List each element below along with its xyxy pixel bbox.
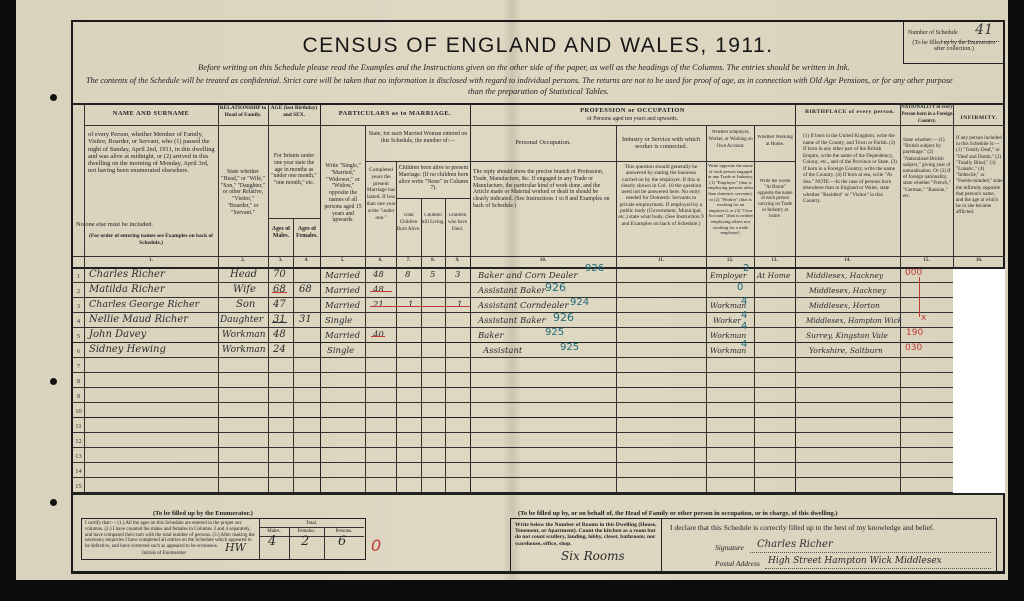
cell-employer-code: 2 bbox=[743, 263, 749, 274]
schedule-number: 41 bbox=[975, 22, 993, 38]
cell-relationship: Head bbox=[230, 269, 257, 280]
row-number: 11 bbox=[73, 423, 84, 430]
column-number: 4. bbox=[293, 258, 320, 268]
cell-living: 5 bbox=[430, 270, 435, 280]
header-name-note: No one else must be included. bbox=[76, 222, 216, 229]
header-personal-occupation: Personal Occupation. bbox=[470, 140, 616, 147]
row-rule bbox=[73, 462, 1005, 463]
header-name: NAME AND SURNAME bbox=[84, 111, 218, 118]
strike-mark bbox=[370, 306, 470, 307]
cell-marital: Married bbox=[325, 331, 360, 341]
rule bbox=[73, 103, 1005, 105]
signature-label: Signature bbox=[715, 543, 744, 552]
rule bbox=[320, 103, 321, 493]
cell-name: Sidney Hewing bbox=[89, 344, 166, 355]
cell-occupation-code: 925 bbox=[560, 342, 579, 353]
strike-mark bbox=[370, 291, 392, 292]
header-nationality-body: State whether:— (1) "British subject by … bbox=[903, 137, 951, 199]
cell-employer-code: 4 bbox=[741, 296, 747, 307]
header-marriage-died: Children who have Died. bbox=[445, 213, 470, 233]
rule bbox=[84, 125, 1005, 126]
rule bbox=[365, 161, 470, 162]
males-total: 4 bbox=[268, 539, 276, 545]
schedule-number-label: Number of Schedule bbox=[908, 30, 958, 36]
declaration-text: I declare that this Schedule is correctl… bbox=[670, 523, 934, 532]
cell-birthplace: Middlesex, Hackney bbox=[806, 271, 883, 280]
header-employer: Whether Employer, Worker, or Working on … bbox=[707, 130, 754, 150]
rule bbox=[84, 103, 85, 493]
row-number: 3 bbox=[73, 303, 84, 310]
rule bbox=[268, 103, 269, 493]
totals-col-rule bbox=[289, 528, 290, 559]
column-number: 3. bbox=[268, 258, 293, 268]
cell-birthplace: Middlesex, Hackney bbox=[809, 286, 886, 295]
cell-born: 1 bbox=[408, 300, 413, 310]
header-occupation: PROFESSION or OCCUPATION bbox=[470, 108, 795, 115]
census-table: NAME AND SURNAME of every Person, whethe… bbox=[73, 103, 1005, 493]
cell-relationship: Workman bbox=[222, 345, 266, 355]
cell-name: Matilda Richer bbox=[89, 284, 165, 295]
column-number: 11. bbox=[616, 258, 706, 268]
column-number: 5. bbox=[320, 258, 365, 268]
cell-age-female: 68 bbox=[299, 284, 312, 295]
column-number: 14. bbox=[795, 258, 900, 268]
census-form: CENSUS OF ENGLAND AND WALES, 1911. Befor… bbox=[71, 20, 1005, 574]
totals-col-rule bbox=[324, 528, 325, 559]
rule bbox=[396, 198, 470, 199]
row-number: 12 bbox=[73, 438, 84, 445]
header-marriage: PARTICULARS as to MARRIAGE. bbox=[320, 111, 470, 118]
header-personal-body: The reply should show the precise branch… bbox=[473, 169, 613, 210]
rule bbox=[421, 198, 422, 493]
column-number: 16. bbox=[953, 258, 1005, 268]
rule bbox=[445, 198, 446, 493]
cell-marital: Married bbox=[325, 301, 360, 311]
header-marriage-children: Children born alive to present Marriage.… bbox=[397, 165, 470, 192]
header-name-note2: (For order of entering names see Example… bbox=[84, 233, 218, 247]
header-birthplace: BIRTHPLACE of every person. bbox=[805, 109, 895, 116]
header-name-body: of every Person, whether Member of Famil… bbox=[88, 131, 215, 175]
header-infirmity-body: If any person included in this Schedule … bbox=[956, 135, 1003, 216]
header-marriage-completed: Completed years the present Marriage has… bbox=[366, 167, 396, 221]
row-rule bbox=[73, 447, 1005, 448]
address-line bbox=[765, 568, 991, 569]
cell-name: Charles Richer bbox=[89, 269, 165, 280]
column-number: 13. bbox=[754, 258, 795, 268]
row-number: 8 bbox=[73, 378, 84, 385]
row-rule bbox=[73, 327, 1005, 328]
totals-header-rule bbox=[259, 527, 364, 528]
rule bbox=[754, 125, 755, 493]
header-home-body: Write the words "At Home" opposite the n… bbox=[756, 179, 794, 220]
header-industry-body: This question should generally be answer… bbox=[618, 164, 704, 227]
row-rule bbox=[73, 357, 1005, 358]
cell-relationship: Daughter bbox=[220, 315, 263, 325]
declaration-box: I declare that this Schedule is correctl… bbox=[662, 518, 997, 572]
header-age-body: For Infants under one year state the age… bbox=[270, 153, 318, 187]
rule bbox=[795, 103, 796, 493]
rule bbox=[73, 256, 1005, 257]
cell-marital: Married bbox=[325, 286, 360, 296]
row-number: 5 bbox=[73, 333, 84, 340]
cell-occupation: Baker bbox=[478, 331, 504, 341]
row-rule bbox=[73, 282, 1005, 283]
cell-red-code: 030 bbox=[905, 343, 922, 353]
header-age-females: Ages of Females. bbox=[294, 226, 320, 240]
cell-relationship: Wife bbox=[233, 284, 256, 295]
header-home: Whether Working at Home. bbox=[755, 135, 795, 149]
cell-name: Nellie Maud Richer bbox=[89, 314, 188, 325]
header-marriage-state: State, for each Married Woman entered on… bbox=[367, 131, 469, 145]
row-rule bbox=[73, 417, 1005, 418]
cell-occupation-code: 925 bbox=[545, 327, 564, 338]
column-number: 2. bbox=[218, 258, 268, 268]
rule bbox=[268, 218, 320, 219]
females-total: 2 bbox=[301, 539, 309, 545]
cell-name: Charles George Richer bbox=[89, 299, 199, 310]
cell-relationship: Workman bbox=[222, 330, 266, 340]
cell-marital: Married bbox=[325, 271, 360, 281]
cell-occupation: Assistant Corndealer bbox=[478, 301, 569, 311]
row-rule bbox=[73, 297, 1005, 298]
column-number: 9. bbox=[445, 258, 470, 268]
census-schedule-page: CENSUS OF ENGLAND AND WALES, 1911. Befor… bbox=[16, 0, 1008, 580]
cell-employer: Worker bbox=[713, 316, 741, 325]
header-industry: Industry or Service with which worker is… bbox=[616, 137, 706, 151]
punch-hole-middle bbox=[50, 378, 57, 385]
header-relationship-body: State whether "Head," or "Wife," "Son," … bbox=[220, 169, 266, 217]
document-title: CENSUS OF ENGLAND AND WALES, 1911. bbox=[73, 34, 1003, 58]
row-number: 15 bbox=[73, 483, 84, 490]
cell-age-male: 31 bbox=[273, 314, 286, 325]
rooms-value: Six Rooms bbox=[561, 553, 625, 559]
header-employer-body: Write opposite the name of each person e… bbox=[707, 163, 754, 236]
rooms-box: Write below the Number of Rooms in this … bbox=[510, 518, 662, 572]
punch-hole-top bbox=[50, 94, 57, 101]
row-rule bbox=[73, 387, 1005, 388]
cell-occupation: Assistant Baker bbox=[478, 286, 546, 296]
cell-home: At Home bbox=[757, 271, 790, 280]
rule bbox=[616, 125, 617, 493]
rooms-instruction: Write below the Number of Rooms in this … bbox=[515, 522, 657, 547]
row-number: 2 bbox=[73, 288, 84, 295]
column-number: 15. bbox=[900, 258, 953, 268]
cell-birthplace: Middlesex, Hampton Wick bbox=[806, 316, 902, 325]
cell-employer-code: 4 bbox=[741, 321, 747, 332]
head-section-heading: (To be filled up by, or on behalf of, th… bbox=[518, 510, 838, 517]
cell-birthplace: Yorkshire, Saltburn bbox=[809, 346, 883, 355]
cell-employer: Employer bbox=[710, 271, 747, 280]
row-number: 4 bbox=[73, 318, 84, 325]
cell-died: 1 bbox=[457, 300, 462, 310]
header-relationship: RELATIONSHIP to Head of Family. bbox=[218, 105, 268, 119]
cell-occupation: Assistant Baker bbox=[478, 316, 546, 326]
instruction-line: Before writing on this Schedule please r… bbox=[198, 62, 850, 72]
cell-birthplace: Surrey, Kingston Vale bbox=[806, 331, 888, 340]
row-number: 13 bbox=[73, 453, 84, 460]
cell-occupation: Assistant bbox=[483, 346, 522, 356]
cell-born: 8 bbox=[405, 270, 410, 280]
infirmity-blank-area bbox=[953, 269, 1005, 493]
column-number: 6. bbox=[365, 258, 396, 268]
enumerator-initials-label: Initials of Enumerator bbox=[142, 551, 186, 557]
cell-age-female: 31 bbox=[299, 314, 312, 325]
cell-occupation-code: 926 bbox=[585, 263, 604, 274]
confidential-line: The contents of the Schedule will be tre… bbox=[86, 76, 953, 85]
signature-line bbox=[750, 552, 991, 553]
header-infirmity: INFIRMITY. bbox=[953, 115, 1005, 122]
rule bbox=[470, 161, 795, 162]
row-rule bbox=[73, 372, 1005, 373]
enumerator-box: I certify that:— (1.) All the ages on th… bbox=[81, 518, 366, 560]
cell-employer-code: 4 bbox=[741, 339, 747, 350]
row-rule bbox=[73, 312, 1005, 313]
rule bbox=[73, 493, 1005, 495]
schedule-number-box: Number of Schedule 41 (To be filled up b… bbox=[903, 22, 1003, 64]
cell-birthplace: Middlesex, Horton bbox=[809, 301, 880, 310]
signature-value: Charles Richer bbox=[757, 539, 833, 550]
cell-employer-code: 0 bbox=[737, 282, 743, 293]
row-number: 10 bbox=[73, 408, 84, 415]
header-birthplace-body: (1) If born in the United Kingdom, write… bbox=[803, 133, 898, 205]
cell-red-code: x bbox=[921, 313, 926, 323]
strike-mark bbox=[272, 292, 287, 293]
punch-hole-bottom bbox=[50, 499, 57, 506]
row-number: 6 bbox=[73, 348, 84, 355]
enumerator-initials: HW bbox=[225, 545, 246, 551]
row-rule bbox=[73, 402, 1005, 403]
column-number: 8. bbox=[421, 258, 445, 268]
enumerator-red-mark: 0 bbox=[371, 536, 381, 555]
cell-years: 48 bbox=[373, 285, 384, 295]
cell-died: 3 bbox=[455, 270, 460, 280]
row-number: 1 bbox=[73, 273, 84, 280]
cell-age-male: 24 bbox=[273, 344, 286, 355]
row-rule bbox=[73, 477, 1005, 478]
strike-mark bbox=[371, 336, 385, 337]
cell-red-code: 190 bbox=[906, 328, 923, 338]
header-occupation-subtitle: of Persons aged ten years and upwards. bbox=[470, 116, 795, 123]
confidential-line-2: than the preparation of Statistical Tabl… bbox=[468, 86, 609, 96]
schedule-number-line bbox=[942, 41, 999, 42]
rule bbox=[900, 103, 901, 493]
cell-name: John Davey bbox=[89, 329, 146, 340]
total-label: Total. bbox=[259, 521, 364, 527]
row-rule bbox=[73, 432, 1005, 433]
cell-age-male: 70 bbox=[273, 269, 286, 280]
red-vertical-mark bbox=[919, 277, 920, 317]
row-number: 7 bbox=[73, 363, 84, 370]
address-value: High Street Hampton Wick Middlesex bbox=[768, 556, 942, 566]
header-age: AGE (last Birthday) and SEX. bbox=[268, 105, 320, 119]
cell-occupation-code: 926 bbox=[553, 311, 574, 324]
cell-age-male: 48 bbox=[273, 329, 286, 340]
cell-years: 48 bbox=[373, 270, 384, 280]
cell-occupation-code: 926 bbox=[545, 281, 566, 294]
cell-age-male: 68 bbox=[273, 284, 286, 295]
header-marriage-living: Children still Living. bbox=[421, 213, 445, 227]
enumerator-heading: (To be filled up by the Enumerator.) bbox=[153, 510, 253, 517]
cell-occupation-code: 924 bbox=[570, 297, 589, 308]
header-marriage-total: Total Children Born Alive. bbox=[396, 213, 421, 233]
header-age-males: Ages of Males. bbox=[269, 226, 293, 240]
row-number: 9 bbox=[73, 393, 84, 400]
column-number: 7. bbox=[396, 258, 421, 268]
header-nationality: NATIONALITY of every Person born in a Fo… bbox=[901, 105, 953, 125]
row-number: 14 bbox=[73, 468, 84, 475]
header-marriage-write: Write "Single," "Married," "Widower," or… bbox=[322, 163, 364, 224]
row-rule bbox=[73, 342, 1005, 343]
cell-marital: Single bbox=[327, 346, 354, 356]
cell-relationship: Son bbox=[236, 299, 255, 310]
cell-years: 40 bbox=[373, 330, 384, 340]
cell-years: 21 bbox=[373, 300, 384, 310]
column-number: 1. bbox=[84, 258, 218, 268]
cell-employer-code: 4 bbox=[741, 310, 747, 321]
address-label: Postal Address bbox=[715, 559, 760, 568]
strike-mark bbox=[272, 322, 287, 323]
cell-age-male: 47 bbox=[273, 299, 286, 310]
persons-total: 6 bbox=[338, 539, 346, 545]
cell-occupation: Baker and Corn Dealer bbox=[478, 271, 578, 281]
rule bbox=[218, 103, 219, 493]
cell-marital: Single bbox=[325, 316, 352, 326]
